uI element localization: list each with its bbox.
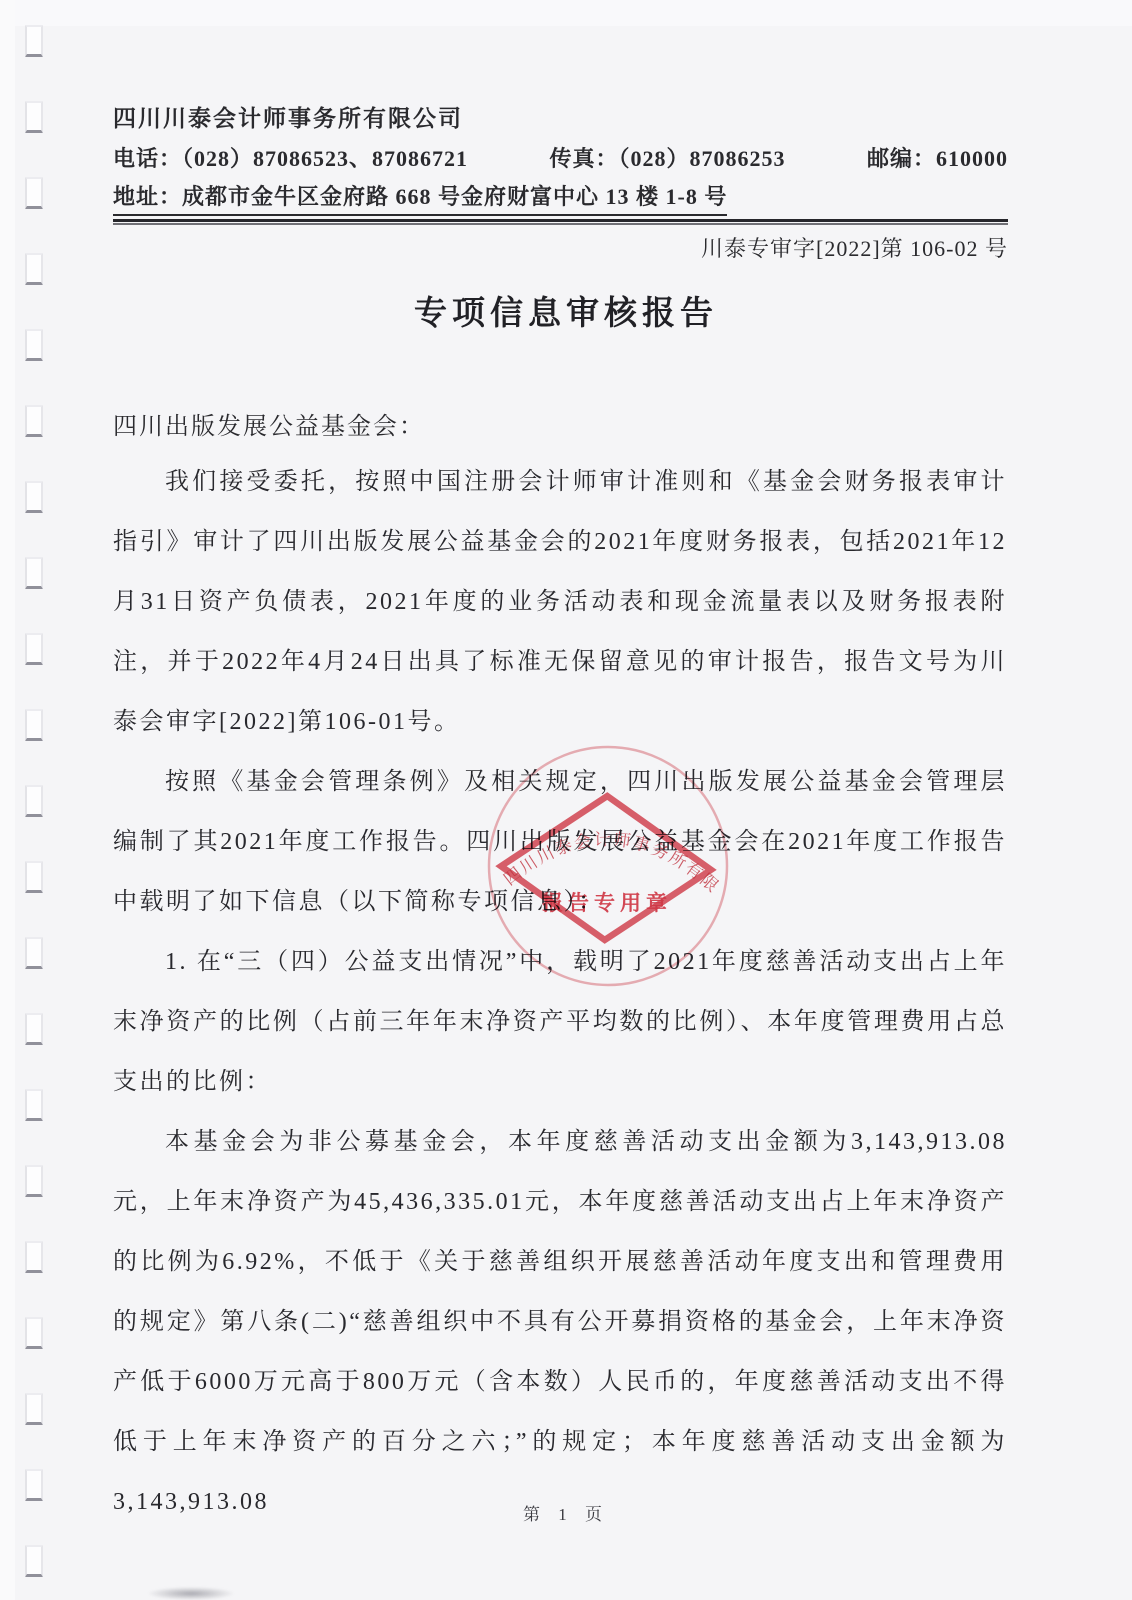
- letterhead: 四川川泰会计师事务所有限公司 电话：（028）87086523、87086721…: [113, 100, 1008, 263]
- scan-edge: [0, 0, 1132, 26]
- binding-holes-column: [25, 0, 47, 1600]
- report-body: 我们接受委托，按照中国注册会计师审计准则和《基金会财务报表审计指引》审计了四川出…: [113, 452, 1007, 1532]
- paragraph: 按照《基金会管理条例》及相关规定，四川出版发展公益基金会管理层编制了其2021年…: [113, 752, 1007, 932]
- addressee: 四川出版发展公益基金会：: [113, 406, 425, 441]
- binding-hole: [25, 1165, 43, 1197]
- paragraph: 我们接受委托，按照中国注册会计师审计准则和《基金会财务报表审计指引》审计了四川出…: [113, 452, 1007, 752]
- fax-value: （028）87086253: [619, 146, 786, 171]
- postcode-label: 邮编：: [867, 146, 936, 171]
- postcode-field: 邮编：610000: [867, 142, 1008, 173]
- binding-hole: [25, 1241, 43, 1273]
- binding-hole: [25, 633, 43, 665]
- address-value: 成都市金牛区金府路 668 号金府财富中心 13 楼 1-8 号: [182, 184, 727, 209]
- scanned-report-page: 四川川泰会计师事务所有限公司 电话：（028）87086523、87086721…: [0, 0, 1132, 1600]
- address-row: 地址：成都市金牛区金府路 668 号金府财富中心 13 楼 1-8 号: [113, 180, 1008, 216]
- contact-row: 电话：（028）87086523、87086721 传真：（028）870862…: [113, 142, 1008, 173]
- postcode-value: 610000: [936, 146, 1008, 171]
- phone-label: 电话：: [113, 146, 182, 171]
- binding-hole: [25, 785, 43, 817]
- binding-hole: [25, 1545, 43, 1577]
- fax-label: 传真：: [549, 146, 618, 171]
- binding-hole: [25, 1393, 43, 1425]
- binding-hole: [25, 709, 43, 741]
- binding-hole: [25, 1469, 43, 1501]
- binding-hole: [25, 557, 43, 589]
- report-title: 专项信息审核报告: [0, 287, 1132, 334]
- address-label: 地址：: [113, 184, 182, 209]
- paragraph: 1. 在“三（四）公益支出情况”中，载明了2021年度慈善活动支出占上年末净资产…: [113, 932, 1007, 1112]
- binding-hole: [25, 1089, 43, 1121]
- binding-hole: [25, 405, 43, 437]
- binding-hole: [25, 1317, 43, 1349]
- binding-hole: [25, 937, 43, 969]
- document-number: 川泰专审字[2022]第 106-02 号: [113, 232, 1008, 263]
- binding-hole: [25, 1013, 43, 1045]
- address-field: 地址：成都市金牛区金府路 668 号金府财富中心 13 楼 1-8 号: [113, 180, 727, 216]
- paragraph: 本基金会为非公募基金会，本年度慈善活动支出金额为3,143,913.08元，上年…: [113, 1112, 1007, 1532]
- letterhead-divider: [113, 219, 1008, 225]
- binding-hole: [25, 861, 43, 893]
- binding-hole: [25, 101, 43, 133]
- scan-edge: [0, 0, 15, 1600]
- fax-field: 传真：（028）87086253: [549, 142, 785, 173]
- phone-value: （028）87086523、87086721: [182, 146, 468, 171]
- binding-hole: [25, 481, 43, 513]
- binding-hole: [25, 177, 43, 209]
- scan-smudge: [148, 1587, 234, 1600]
- firm-name: 四川川泰会计师事务所有限公司: [113, 100, 1008, 133]
- binding-hole: [25, 253, 43, 285]
- binding-hole: [25, 25, 43, 57]
- phone-field: 电话：（028）87086523、87086721: [113, 142, 468, 173]
